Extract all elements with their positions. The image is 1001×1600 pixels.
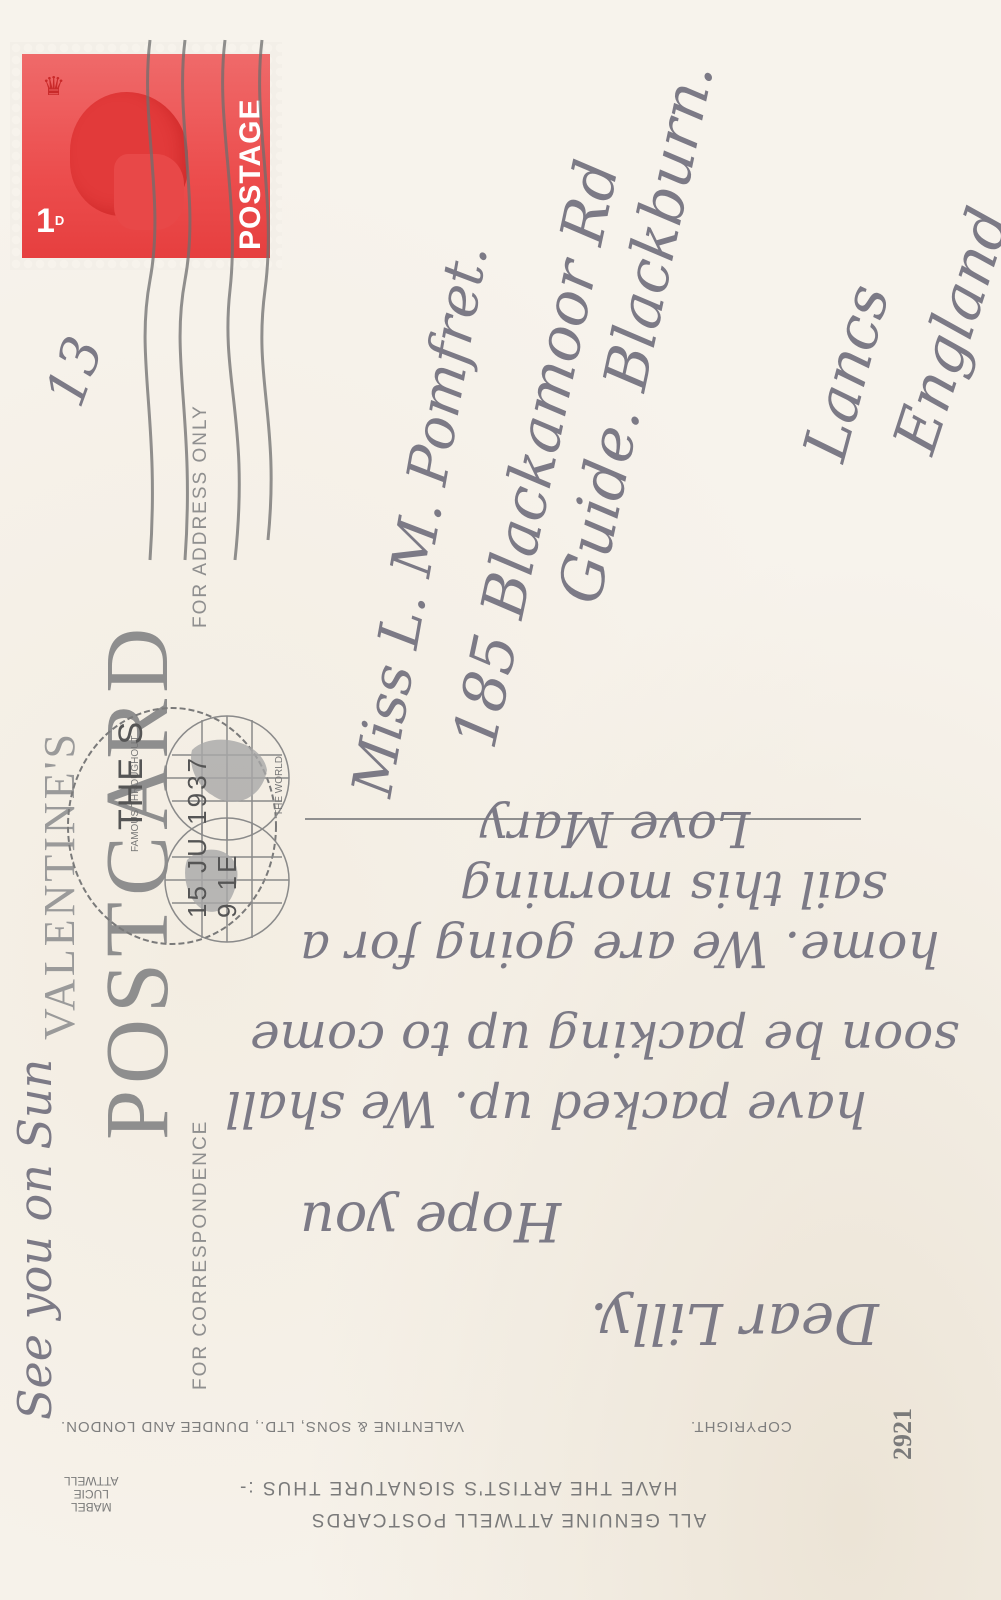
message-line-3: have packed up. We shall <box>225 1080 867 1138</box>
publisher-line: VALENTINE & SONS, LTD., DUNDEE AND LONDO… <box>60 1418 464 1435</box>
postmark-town: THE S <box>112 720 151 830</box>
postmark-logo-bottom: THE WORLD <box>274 756 285 816</box>
artist-signature: MABEL LUCIE ATTWELL <box>64 1474 118 1513</box>
message-line-4: soon be packing up to come <box>250 1010 959 1068</box>
postmark-date: 15 JU 1937 <box>182 755 213 918</box>
margin-note-side: See you on Sun <box>8 1059 62 1420</box>
message-line-6: sail this morning <box>460 860 887 918</box>
serial-number: 2921 <box>888 1408 918 1460</box>
message-line-1: Dear Lilly. <box>590 1290 879 1355</box>
postcard-back: ♛ 1D POSTAGE VALENTINE'S POSTCARD FOR AD… <box>0 0 1001 1600</box>
copyright-label: COPYRIGHT. <box>690 1418 792 1435</box>
signature-note-2: HAVE THE ARTIST'S SIGNATURE THUS :- <box>238 1476 677 1498</box>
message-line-2: Hope you <box>300 1190 561 1253</box>
signature-note-1: ALL GENUINE ATTWELL POSTCARDS <box>310 1508 706 1530</box>
postmark-time: 9 1E <box>212 853 243 919</box>
correspondence-label: FOR CORRESPONDENCE <box>190 1120 212 1390</box>
address-only-label: FOR ADDRESS ONLY <box>190 404 212 628</box>
message-line-5: home. We are going for a <box>300 920 940 978</box>
postmark: FAMOUS THROUGHOUT THE WORLD THE S 15 JU … <box>62 700 302 952</box>
message-line-7: Love Mary <box>480 800 750 858</box>
